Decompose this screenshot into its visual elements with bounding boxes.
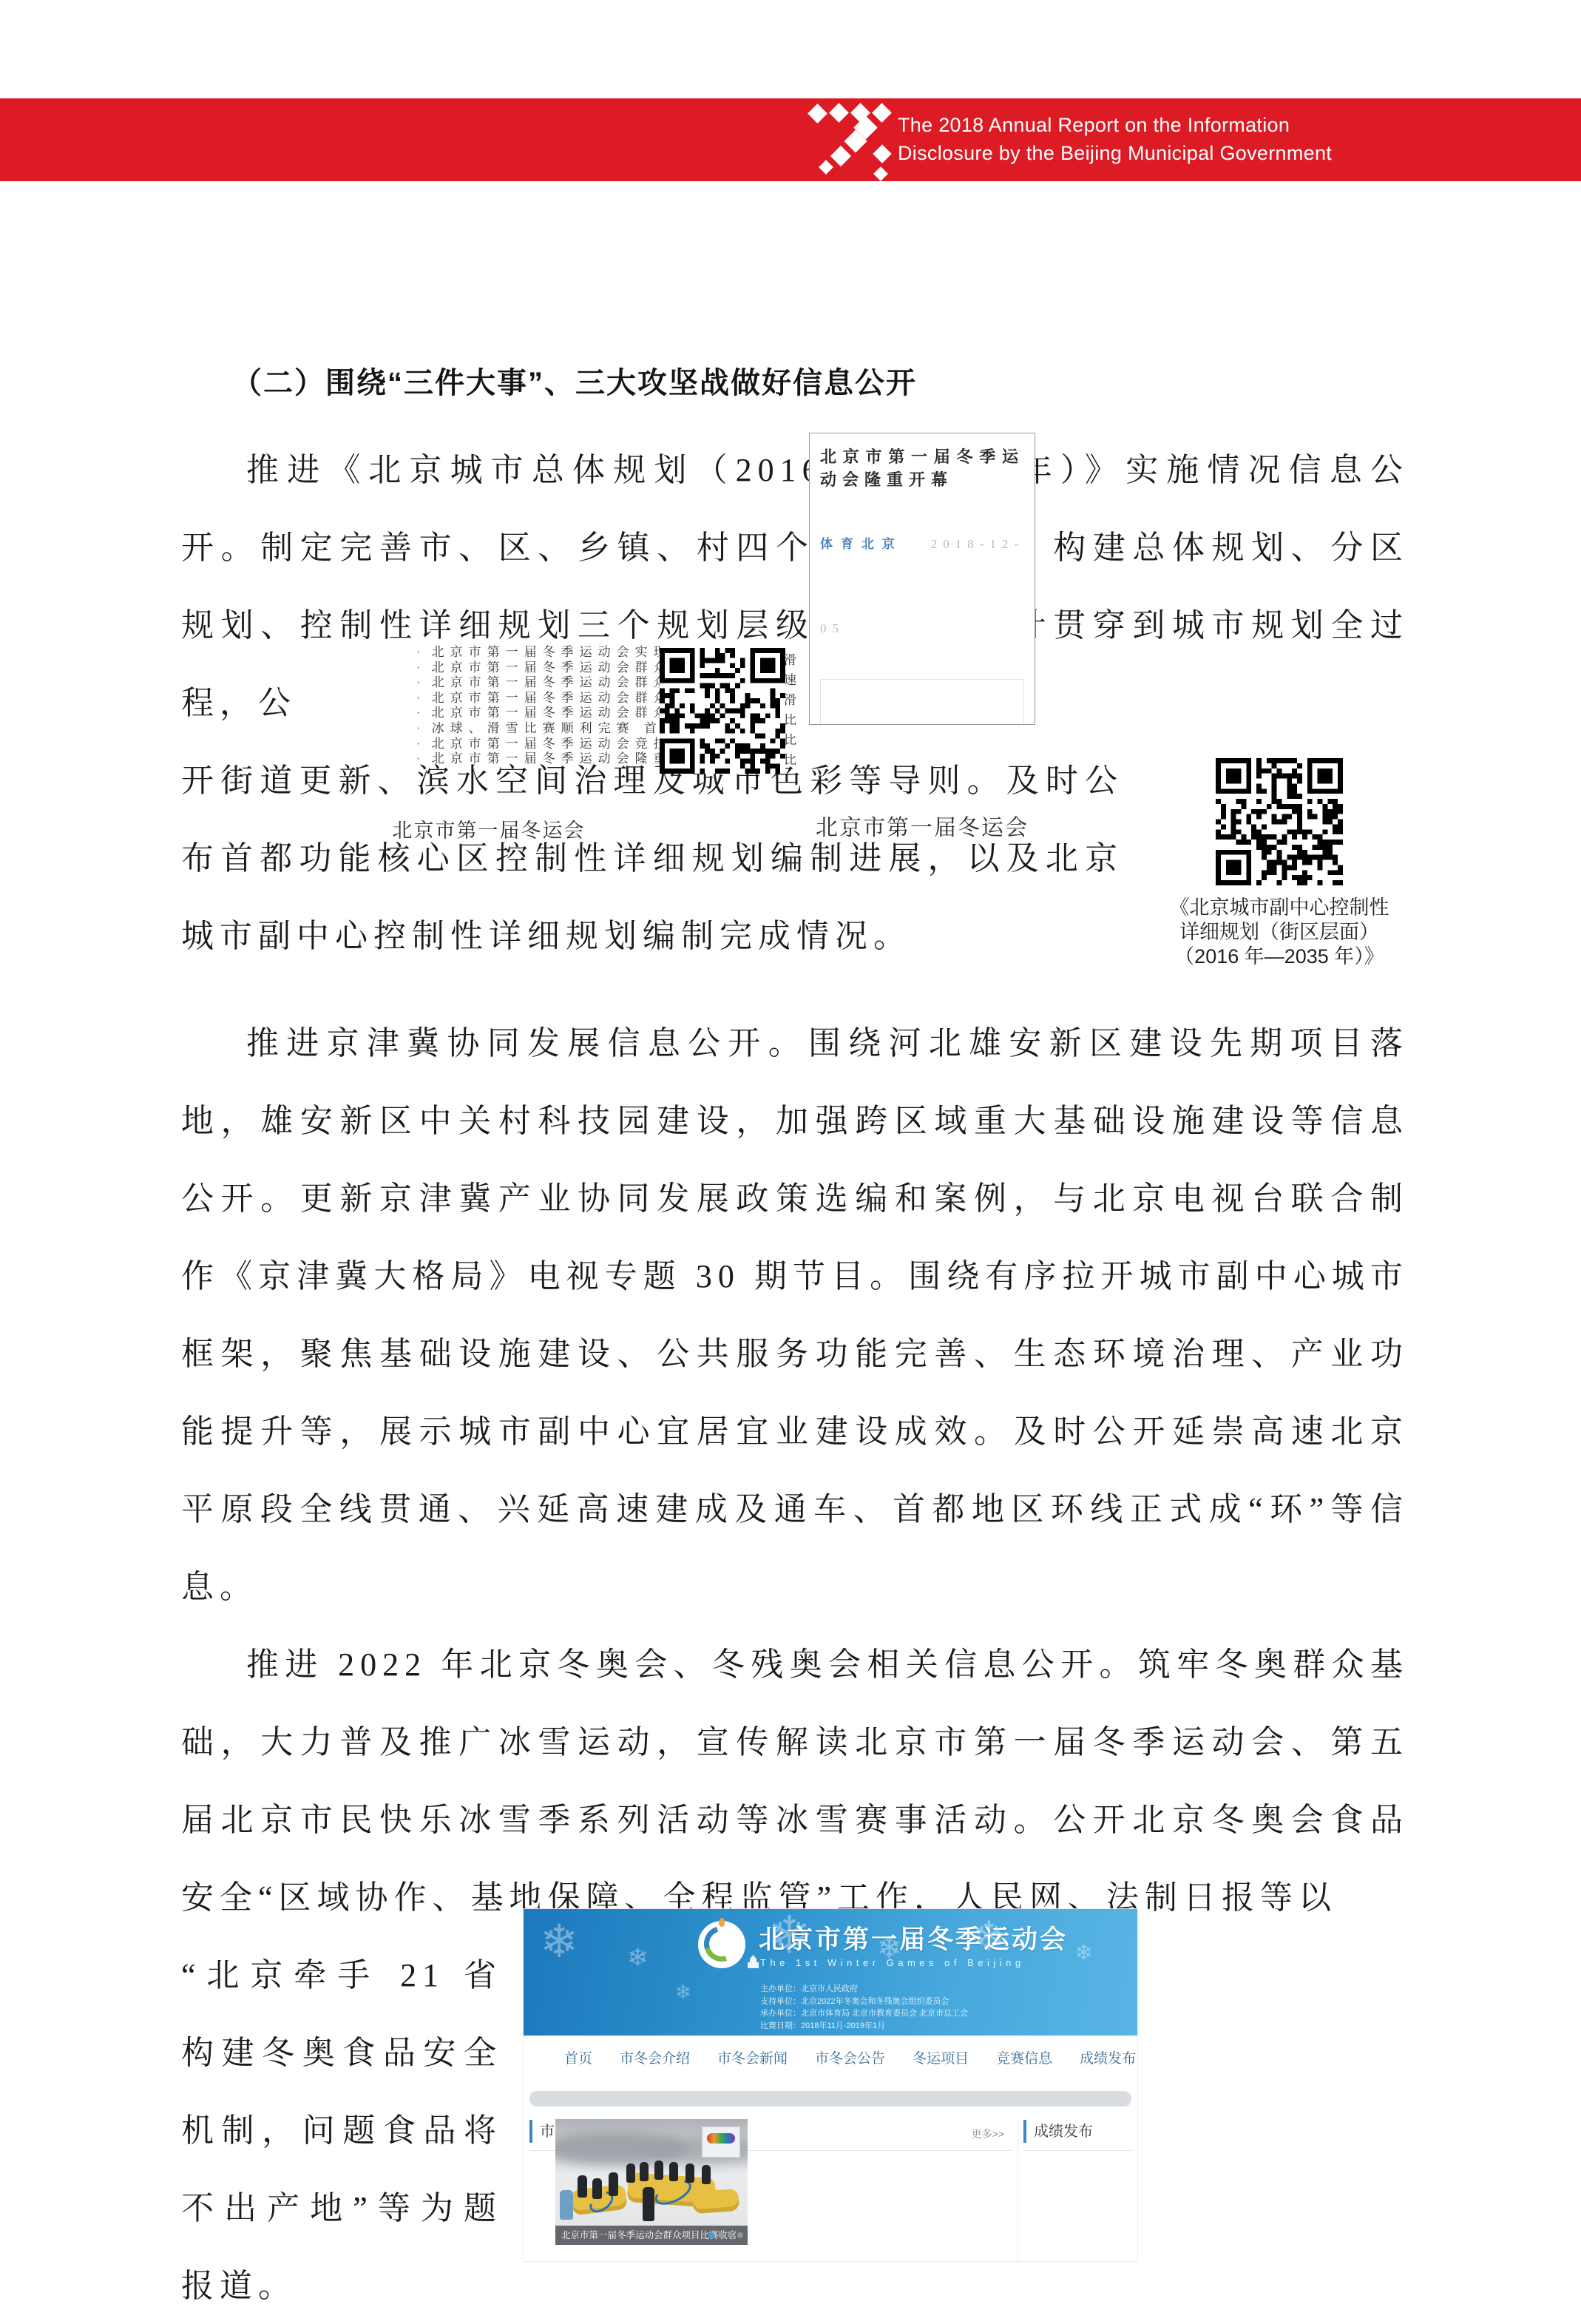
- bullet-icon: ·: [416, 645, 427, 659]
- news-list-item: ·北京市第一届冬季运动会隆重开幕 蔡奇宣布开幕 陈吉宁致开幕辞 李伟吉林出席: [416, 751, 660, 767]
- site-nav-item: 成绩发布: [1080, 2050, 1136, 2069]
- qr-caption: 《北京城市副中心控制性 详细规划（街区层面） （2016 年—2035 年）》: [1150, 896, 1409, 969]
- site-nav-item: 首页: [564, 2050, 592, 2069]
- results-panel-title: 成绩发布: [1034, 2122, 1093, 2142]
- site-divider-bar: [529, 2091, 1131, 2107]
- article-red-headline: 北京市第一届冬季运动会隆重开幕: [828, 693, 1016, 725]
- site-info-lines: 主办单位：北京市人民政府支持单位：北京2022年冬奥会和冬残奥会组织委员会承办单…: [760, 1983, 968, 2032]
- bullet-icon: ·: [416, 675, 427, 689]
- carousel-dots: [708, 2232, 743, 2238]
- bullet-icon: ·: [416, 706, 427, 720]
- site-title: 北京市第一届冬季运动会: [759, 1922, 1068, 1957]
- snowflake-icon: ❄: [627, 1942, 649, 1976]
- article-source: 体育北京: [820, 537, 903, 551]
- article-caption: 北京市第一届冬运会: [809, 789, 1035, 867]
- news-list-item: ·北京市第一届冬季运动会群众项目比赛收官: [416, 661, 660, 676]
- more-link: 更多>>: [972, 2127, 1004, 2141]
- site-nav-item: 市冬会介绍: [620, 2050, 690, 2069]
- panel-accent-bar: [1023, 2120, 1026, 2143]
- panel-divider: [1018, 2119, 1018, 2262]
- section-heading: （二）围绕“三件大事”、三大攻坚战做好信息公开: [232, 359, 917, 402]
- qr-code-plan: [1216, 758, 1343, 885]
- panel-accent-bar: [529, 2120, 532, 2143]
- site-nav-item: 冬运项目: [913, 2050, 969, 2069]
- report-title-english: The 2018 Annual Report on the Informatio…: [898, 111, 1332, 167]
- bullet-icon: ·: [416, 721, 427, 735]
- bullet-icon: ·: [416, 691, 427, 705]
- figure-group-winter-games: ❄ ❄ ❄ ❄ ❄ ❄ ❄ 北京市第一届冬季运动会 The 1st W: [523, 1904, 1409, 2309]
- bullet-icon: ·: [416, 751, 427, 766]
- games-logo: [698, 1921, 745, 1968]
- billboard: [702, 2127, 740, 2158]
- website-caption: 北京市第一届冬运会: [181, 792, 796, 870]
- article-screenshot: 北京市第一届冬季运动会隆重开幕 体育北京 2018-12-05 北京市第一届冬季…: [809, 433, 1035, 725]
- site-banner: ❄ ❄ ❄ ❄ ❄ ❄ ❄ 北京市第一届冬季运动会 The 1st W: [524, 1909, 1137, 2036]
- site-nav-item: 竞赛信息: [996, 2050, 1052, 2069]
- news-list-item: ·北京市第一届冬季运动会实现市民冰雪梦: [416, 645, 660, 661]
- news-list-item: ·北京市第一届冬季运动会群众项目冰车比赛举行: [416, 706, 660, 721]
- site-info-line: 承办单位：北京市体育局 北京市教育委员会 北京市总工会: [760, 2007, 968, 2020]
- article-byline: 体育北京 2018-12-05: [820, 499, 1024, 667]
- site-nav: 首页市冬会介绍市冬会新闻市冬会公告冬运项目竞赛信息成绩发布: [524, 2036, 1137, 2082]
- site-subtitle: The 1st Winter Games of Beijing: [760, 1956, 1025, 1970]
- news-list-item: ·冰球、滑雪比赛顺利完赛 首届市冬会竞技组比赛圆满收官: [416, 721, 660, 737]
- site-nav-item: 市冬会新闻: [717, 2050, 788, 2069]
- snowflake-icon: ❄: [1074, 1939, 1093, 1969]
- article-date: 2018-12-05: [820, 537, 1024, 635]
- report-page: The 2018 Annual Report on the Informatio…: [0, 0, 1581, 2324]
- emblem-icon: [748, 1955, 759, 1968]
- news-photo-carousel: 北京市第一届冬季运动会群众项目比赛收官: [555, 2119, 748, 2245]
- website-screenshot: ❄ ❄ ❄ ❄ ❄ ❄ ❄ 北京市第一届冬季运动会 The 1st W: [523, 1908, 1138, 2262]
- bullet-icon: ·: [416, 737, 427, 751]
- site-info-line: 主办单位：北京市人民政府: [760, 1983, 968, 1996]
- news-list: ·北京市第一届冬季运动会实现市民冰雪梦·北京市第一届冬季运动会群众项目比赛收官·…: [416, 645, 660, 767]
- qr-figure-plan: 《北京城市副中心控制性 详细规划（街区层面） （2016 年—2035 年）》: [1150, 748, 1409, 969]
- results-panel-header: 成绩发布: [1023, 2118, 1133, 2151]
- snowflake-icon: ❄: [675, 1980, 691, 2006]
- site-nav-item: 市冬会公告: [815, 2050, 885, 2069]
- snowflake-icon: ❄: [540, 1911, 578, 1973]
- qr-code-article: [660, 648, 785, 774]
- paragraph-3a: 推进 2022 年北京冬奥会、冬残奥会相关信息公开。筑牢冬奥群众基础，大力普及推…: [181, 1626, 1409, 1936]
- news-list-item: ·北京市第一届冬季运动会竞技组滑雪预选赛落幕: [416, 737, 660, 752]
- site-info-line: 支持单位：北京2022年冬奥会和冬残奥会组织委员会: [760, 1996, 968, 2008]
- news-list-item: ·北京市第一届冬季运动会群众项目冰蹴球（条形场地）比赛举行: [416, 675, 660, 691]
- site-info-line: 比赛日期：2018年11月-2019年1月: [760, 2020, 968, 2033]
- article-card: 北京市第一届冬季运动会隆重开幕 蔡奇宣布开幕 陈吉宁致开幕辞 李伟吉林出席 12…: [820, 679, 1024, 725]
- body-text: 推进《北京城市总体规划（2016 年 -2035 年）》实施情况信息公开。制定完…: [181, 431, 1409, 2324]
- news-list-item: ·北京市第一届冬季运动会群众项目滑雪比赛举行: [416, 691, 660, 706]
- paragraph-2: 推进京津冀协同发展信息公开。围绕河北雄安新区建设先期项目落地，雄安新区中关村科技…: [181, 1004, 1409, 1626]
- bullet-icon: ·: [416, 661, 427, 675]
- page-header-band: The 2018 Annual Report on the Informatio…: [0, 98, 1581, 181]
- article-title: 北京市第一届冬季运动会隆重开幕: [820, 445, 1024, 491]
